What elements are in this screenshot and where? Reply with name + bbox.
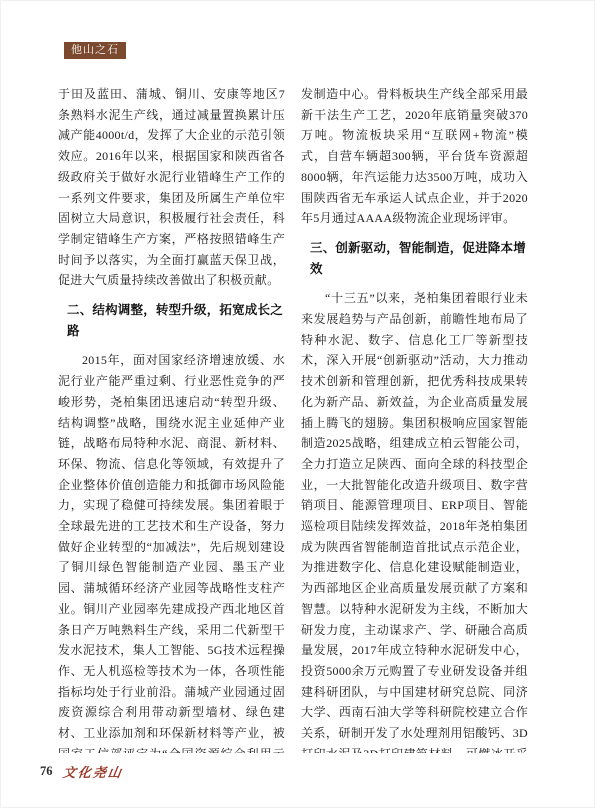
paragraph: 2015年，面对国家经济增速放缓、水泥行业产能严重过剩、行业恶性竞争的严峻形势，… [58,350,285,753]
magazine-page: 他山之石 于田及蓝田、蒲城、铜川、安康等地区7条熟料水泥生产线，通过减量置换累计… [0,0,595,808]
paragraph: “十三五”以来，尧柏集团着眼行业未来发展趋势与产品创新，前瞻性地布局了特种水泥、… [301,288,528,753]
paragraph-continuation: 发制造中心。骨料板块生产线全部采用最新干法生产工艺，2020年底销量突破370万… [301,84,528,229]
page-number: 76 [40,764,53,779]
section-heading-2: 二、结构调整，转型升级，拓宽成长之路 [58,300,285,341]
section-heading-3: 三、创新驱动，智能制造，促进降本增效 [301,238,528,279]
paragraph-continuation: 于田及蓝田、蒲城、铜川、安康等地区7条熟料水泥生产线，通过减量置换累计压减产能4… [58,84,285,291]
section-tag: 他山之石 [64,42,126,59]
journal-calligraphy-logo: 文化尧山 [61,762,124,781]
article-columns: 于田及蓝田、蒲城、铜川、安康等地区7条熟料水泥生产线，通过减量置换累计压减产能4… [58,84,528,753]
left-column: 于田及蓝田、蒲城、铜川、安康等地区7条熟料水泥生产线，通过减量置换累计压减产能4… [58,84,285,753]
page-footer: 76 文化尧山 [40,762,123,781]
right-column: 发制造中心。骨料板块生产线全部采用最新干法生产工艺，2020年底销量突破370万… [301,84,528,753]
